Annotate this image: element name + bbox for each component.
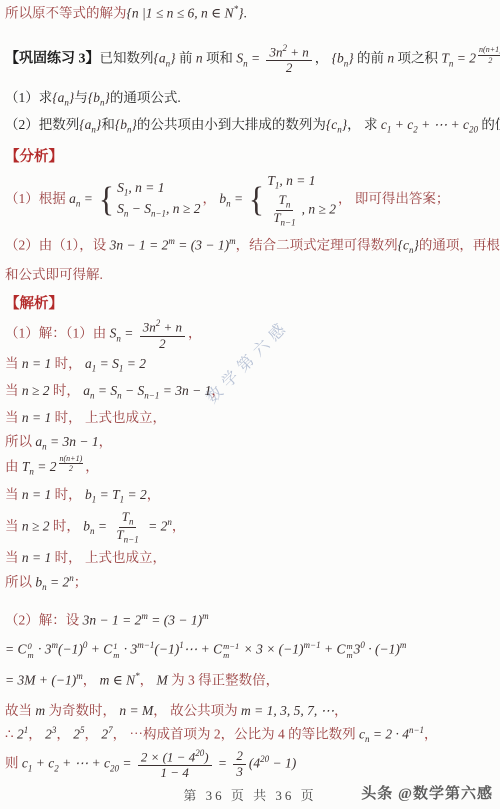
- text-run: ， 即可得出答案；: [338, 191, 449, 206]
- math-run: =: [80, 191, 96, 206]
- math-run: − 1): [269, 755, 296, 770]
- math-run: =: [248, 51, 264, 66]
- text-run: ，: [28, 727, 45, 742]
- math-run: × 3 × (−1): [240, 642, 303, 657]
- text-run: 当: [5, 383, 22, 398]
- text-run: 和: [101, 117, 115, 132]
- text-run: 【解析】: [5, 296, 63, 312]
- math-run: ): [204, 749, 208, 764]
- text-run: 【分析】: [5, 149, 63, 165]
- math-run: 2: [159, 336, 166, 351]
- fraction: 3n2 + n2: [140, 318, 185, 351]
- math-run: 3n: [269, 44, 282, 59]
- supsub-sub: m: [223, 651, 229, 660]
- text-run: 时， 上式也成立，: [51, 410, 166, 425]
- left-brace: {: [249, 185, 264, 215]
- math-run: m = 1, 3, 5, 7, ⋯: [241, 703, 334, 718]
- text-run: 项和: [203, 51, 237, 66]
- math-run: 1 − 4: [161, 765, 189, 780]
- exponent-denominator: 2: [68, 464, 74, 474]
- math-run: n = M: [119, 703, 153, 718]
- text-run: 故当: [5, 703, 35, 718]
- math-run: = S: [96, 356, 119, 371]
- math-run: (4: [249, 755, 260, 770]
- document-page: { "document": { "footer": "第 36 页 共 36 页…: [0, 0, 500, 809]
- math-run: {c: [326, 117, 337, 132]
- math-run: =: [231, 191, 247, 206]
- text-run: 时，: [51, 356, 85, 371]
- text-run: 项之积: [394, 51, 441, 66]
- math-run: · (−1): [365, 642, 400, 657]
- solution-line: 则 c1 + c2 + ⋯ + c20 = 2 × (1 − 420)1 − 4…: [5, 748, 496, 781]
- fraction-numerator: 3n2 + n: [140, 318, 185, 336]
- solution-line: = C0m · 3m(−1)0 + C1m · 3m−1(−1)1⋯ + Cm−…: [5, 639, 496, 659]
- cases-row: Sn − Sn−1, n ≥ 2: [117, 200, 200, 220]
- text-run: （1）根据: [5, 191, 69, 206]
- supsub-sub: m: [28, 651, 34, 660]
- text-run: ∴: [5, 727, 17, 742]
- math-run: a: [85, 356, 92, 371]
- cases-row: TnTn−1, n ≥ 2: [267, 193, 336, 228]
- math-run: T: [267, 173, 275, 188]
- binomial-supsub: mm: [346, 642, 352, 660]
- math-run: =: [121, 326, 137, 341]
- fraction-numerator: 2: [233, 749, 246, 765]
- piecewise-cases: {T1, n = 1TnTn−1, n ≥ 2: [248, 172, 336, 228]
- math-run: n = 1: [22, 356, 51, 371]
- supsub-sub: m: [113, 651, 119, 660]
- math-run: 2: [45, 727, 52, 742]
- text-run: 则: [5, 755, 22, 770]
- solution-line: 所以 bn = 2n；: [5, 572, 496, 594]
- math-superscript: 20: [260, 754, 269, 764]
- text-run: 的值.: [478, 117, 500, 132]
- math-subscript: n−1: [151, 209, 166, 219]
- math-run: n = 1: [22, 550, 51, 565]
- math-superscript: n−1: [409, 725, 424, 735]
- math-run: = (3 − 1): [175, 238, 229, 253]
- exercise-heading: 【巩固练习 3】已知数列{an} 前 n 项和 Sn = 3n2 + n2， {…: [5, 43, 496, 76]
- analysis-step-1: （1）根据 an = {S1, n = 1Sn − Sn−1, n ≥ 2， b…: [5, 172, 496, 228]
- text-run: ，: [83, 672, 100, 687]
- math-run: ⋯ + C: [184, 642, 222, 657]
- math-run: M: [156, 672, 167, 687]
- exponent-fraction: n(n+1)2: [478, 45, 500, 65]
- text-run: 所以: [5, 575, 35, 590]
- math-run: + ⋯ + c: [59, 755, 110, 770]
- text-run: ，: [84, 727, 101, 742]
- math-run: 3n − 1 = 2: [83, 613, 142, 628]
- solution-line: 当 n = 1 时， 上式也成立，: [5, 548, 496, 568]
- math-run: (−1): [58, 642, 83, 657]
- question-1: （1）求{an}与{bn}的通项公式.: [5, 88, 496, 110]
- math-run: + c: [32, 755, 54, 770]
- cases-row: S1, n = 1: [117, 179, 200, 199]
- solution-line: 当 n = 1 时， 上式也成立，: [5, 408, 496, 428]
- math-run: · 3: [35, 642, 52, 657]
- text-run: ，: [56, 727, 73, 742]
- math-run: T: [279, 192, 286, 207]
- math-run: + n: [287, 44, 309, 59]
- math-superscript: 20: [195, 748, 204, 758]
- text-run: 时，: [50, 383, 84, 398]
- left-brace: {: [99, 185, 114, 215]
- text-run: 由: [5, 459, 22, 474]
- analysis-step-2: （2）由（1），设 3n − 1 = 2m = (3 − 1)m，结合二项式定理…: [5, 235, 496, 257]
- fraction-numerator: 2 × (1 − 420): [138, 748, 212, 766]
- text-run: 时，: [50, 518, 84, 533]
- text-run: 前: [176, 51, 196, 66]
- math-run: 3: [236, 764, 243, 779]
- math-subscript: 20: [469, 125, 478, 135]
- text-run: ，: [85, 459, 99, 474]
- math-subscript: n−1: [281, 217, 296, 227]
- text-run: 所以原不等式的解为: [5, 6, 127, 21]
- exponent-denominator: 2: [487, 56, 493, 66]
- text-run: ，: [211, 383, 225, 398]
- math-run: m ∈ N: [100, 672, 136, 687]
- analysis-heading: 【分析】: [5, 147, 496, 168]
- solution-line: 当 n ≥ 2 时， an = Sn − Sn−1 = 3n − 1，: [5, 381, 496, 403]
- text-run: （2）把数列: [5, 117, 79, 132]
- text-run: 为奇数时，: [45, 703, 119, 718]
- math-run: =: [215, 755, 231, 770]
- text-run: ，结合二项式定理可得数列: [236, 238, 398, 253]
- fraction-denominator: 1 − 4: [158, 766, 192, 781]
- binomial-supsub: 1m: [113, 642, 119, 660]
- cases-row: T1, n = 1: [267, 172, 336, 192]
- text-run: ，: [334, 703, 348, 718]
- math-run: T: [122, 509, 129, 524]
- math-run: + C: [87, 642, 112, 657]
- math-run: {a: [79, 117, 91, 132]
- math-run: = T: [96, 487, 119, 502]
- fraction-denominator: 2: [283, 61, 296, 76]
- math-run: − S: [128, 201, 151, 216]
- math-run: = 2: [34, 459, 57, 474]
- text-run: ，: [188, 326, 202, 341]
- math-subscript: n−1: [124, 534, 139, 544]
- text-run: 和公式即可得解.: [5, 267, 103, 282]
- math-run: 2: [286, 60, 293, 75]
- math-run: n = 1: [22, 487, 51, 502]
- math-run: S: [117, 201, 124, 216]
- piecewise-cases: {S1, n = 1Sn − Sn−1, n ≥ 2: [98, 179, 200, 220]
- math-run: {b: [88, 90, 100, 105]
- math-run: · 3: [120, 642, 137, 657]
- solution-heading: 【解析】: [5, 294, 496, 315]
- supsub-sub: m: [346, 651, 352, 660]
- binomial-supsub: m−1m: [223, 642, 239, 660]
- text-run: 的通项公式.: [110, 90, 181, 105]
- text-run: ，: [424, 727, 438, 742]
- math-superscript: m−1: [304, 640, 321, 650]
- fraction: 23: [233, 749, 246, 780]
- text-run: 的前: [354, 51, 388, 66]
- math-superscript: m: [400, 640, 407, 650]
- math-run: = S: [95, 383, 118, 398]
- math-superscript: m−1: [137, 640, 154, 650]
- math-run: (−1): [154, 642, 179, 657]
- math-run: = C: [5, 642, 27, 657]
- math-run: = 2: [123, 356, 146, 371]
- math-run: n ≥ 2: [22, 518, 50, 533]
- math-run: S: [117, 180, 124, 195]
- text-run: 所以: [5, 434, 35, 449]
- math-run: = 2: [453, 51, 476, 66]
- cases-rows: T1, n = 1TnTn−1, n ≥ 2: [267, 172, 336, 228]
- solution-line: （2）解：设 3n − 1 = 2m = (3 − 1)m: [5, 610, 496, 630]
- math-run: n ≥ 2: [22, 383, 50, 398]
- solution-line: 当 n = 1 时， a1 = S1 = 2: [5, 354, 496, 376]
- fraction-numerator: Tn: [119, 510, 137, 528]
- solution-line: 由 Tn = 2n(n+1)2，: [5, 457, 496, 479]
- text-run: 当: [5, 550, 22, 565]
- fraction: 3n2 + n2: [266, 43, 311, 76]
- math-subscript: n: [286, 199, 291, 209]
- math-run: 2: [17, 727, 24, 742]
- math-run: 2: [236, 748, 243, 763]
- math-run: , n ≥ 2: [302, 201, 336, 216]
- text-run: 已知数列: [100, 51, 154, 66]
- text-run: 当: [5, 356, 22, 371]
- math-run: n: [196, 51, 203, 66]
- math-run: = 2: [47, 575, 70, 590]
- text-run: 与: [74, 90, 88, 105]
- math-run: T: [273, 210, 280, 225]
- conclusion-line: 所以原不等式的解为{n |1 ≤ n ≤ 6, n ∈ N*}.: [5, 3, 496, 23]
- math-run: =: [95, 518, 111, 533]
- fraction-numerator: 3n2 + n: [266, 43, 311, 61]
- math-run: = 3n − 1: [159, 383, 211, 398]
- math-run: = 2 · 4: [369, 727, 409, 742]
- math-run: T: [441, 51, 449, 66]
- solution-line: = 3M + (−1)m， m ∈ N*， M 为 3 得正整数倍，: [5, 670, 496, 690]
- math-run: m: [35, 703, 45, 718]
- text-run: ，: [315, 51, 332, 66]
- exponent-fraction: n(n+1)2: [59, 454, 84, 474]
- page-footer: 第 36 页 共 36 页: [183, 785, 316, 804]
- solution-line: 所以 an = 3n − 1，: [5, 432, 496, 454]
- math-subscript: n: [129, 516, 134, 526]
- text-run: 的公共项由小到大排成的数列为: [137, 117, 326, 132]
- text-run: 当: [5, 487, 22, 502]
- math-run: + c: [391, 117, 413, 132]
- fraction: TnTn−1: [113, 510, 141, 545]
- solution-line: 当 n = 1 时， b1 = T1 = 2，: [5, 485, 496, 507]
- math-run: = 2: [124, 487, 147, 502]
- text-run: 【巩固练习 3】: [5, 52, 100, 67]
- math-run: {c: [398, 238, 409, 253]
- math-run: 2 × (1 − 4: [141, 749, 195, 764]
- analysis-step-2-wrap: 和公式即可得解.: [5, 265, 496, 285]
- solution-line: 当 n ≥ 2 时， bn = TnTn−1 = 2n，: [5, 510, 496, 545]
- math-run: = 2: [145, 518, 168, 533]
- math-subscript: n−1: [144, 391, 159, 401]
- fraction-denominator: Tn−1: [113, 528, 141, 545]
- text-run: 时， 上式也成立，: [51, 550, 166, 565]
- math-run: b: [85, 487, 92, 502]
- math-run: a: [69, 191, 76, 206]
- math-run: {a: [52, 90, 64, 105]
- text-run: 为 3 得正整数倍，: [168, 672, 279, 687]
- fraction-denominator: 2: [156, 337, 169, 352]
- text-run: ，: [147, 487, 161, 502]
- fraction-denominator: Tn−1: [270, 211, 298, 228]
- exponent-numerator: n(n+1): [59, 454, 84, 465]
- solution-line: ∴ 21， 23， 25， 27， ⋯构成首项为 2，公比为 4 的等比数列 c…: [5, 724, 496, 746]
- math-run: − S: [122, 383, 145, 398]
- text-run: ，: [99, 434, 113, 449]
- math-run: , n ≥ 2: [166, 201, 200, 216]
- solution-line: （1）解：（1）由 Sn = 3n2 + n2，: [5, 318, 496, 351]
- text-run: 的通项，再根据等比数列前: [419, 238, 500, 253]
- math-run: {n |1 ≤ n ≤ 6, n ∈ N: [127, 6, 234, 21]
- text-run: .: [243, 6, 246, 21]
- math-run: {b: [332, 51, 344, 66]
- question-2: （2）把数列{an}和{bn}的公共项由小到大排成的数列为{cn}， 求 c1 …: [5, 115, 496, 137]
- fraction-denominator: 3: [233, 765, 246, 780]
- text-run: ， ⋯构成首项为 2，公比为 4 的等比数列: [113, 727, 359, 742]
- math-run: {a: [154, 51, 166, 66]
- math-run: = 3M + (−1): [5, 672, 76, 687]
- math-run: + n: [160, 320, 182, 335]
- solution-line: 故当 m 为奇数时， n = M， 故公共项为 m = 1, 3, 5, 7, …: [5, 701, 496, 721]
- text-run: ，: [172, 518, 186, 533]
- text-run: ，: [140, 672, 157, 687]
- cases-rows: S1, n = 1Sn − Sn−1, n ≥ 2: [117, 179, 200, 220]
- text-run: ，: [202, 191, 219, 206]
- math-run: + ⋯ + c: [418, 117, 469, 132]
- toutiao-watermark: 头条 @数学第六感: [361, 782, 493, 803]
- text-run: ；: [74, 575, 88, 590]
- text-run: ， 故公共项为: [153, 703, 241, 718]
- math-superscript: m: [202, 611, 209, 621]
- math-run: , n = 1: [128, 180, 164, 195]
- document-body: 所以原不等式的解为{n |1 ≤ n ≤ 6, n ∈ N*}.【巩固练习 3】…: [0, 0, 500, 781]
- text-run: 当: [5, 518, 22, 533]
- math-run: =: [119, 755, 135, 770]
- math-run: 3n: [143, 320, 156, 335]
- math-subscript: 20: [110, 763, 119, 773]
- math-run: n = 1: [22, 410, 51, 425]
- text-run: 当: [5, 410, 22, 425]
- text-run: （2）由（1），设: [5, 238, 110, 253]
- fraction: 2 × (1 − 420)1 − 4: [138, 748, 212, 781]
- binomial-supsub: 0m: [28, 642, 34, 660]
- math-run: 2: [73, 727, 80, 742]
- math-run: + C: [321, 642, 346, 657]
- text-run: ， 求: [347, 117, 381, 132]
- text-run: （1）求: [5, 90, 52, 105]
- math-run: T: [116, 527, 123, 542]
- fraction: TnTn−1: [270, 193, 298, 228]
- math-run: 3n − 1 = 2: [110, 238, 169, 253]
- math-run: {b: [115, 117, 127, 132]
- math-run: = 3n − 1: [47, 434, 99, 449]
- text-run: （1）解：（1）由: [5, 326, 110, 341]
- math-run: , n = 1: [279, 173, 315, 188]
- text-run: （2）解：设: [5, 613, 83, 628]
- text-run: 时，: [51, 487, 85, 502]
- exponent-numerator: n(n+1): [478, 45, 500, 56]
- fraction-numerator: Tn: [276, 193, 294, 211]
- math-run: = (3 − 1): [148, 613, 202, 628]
